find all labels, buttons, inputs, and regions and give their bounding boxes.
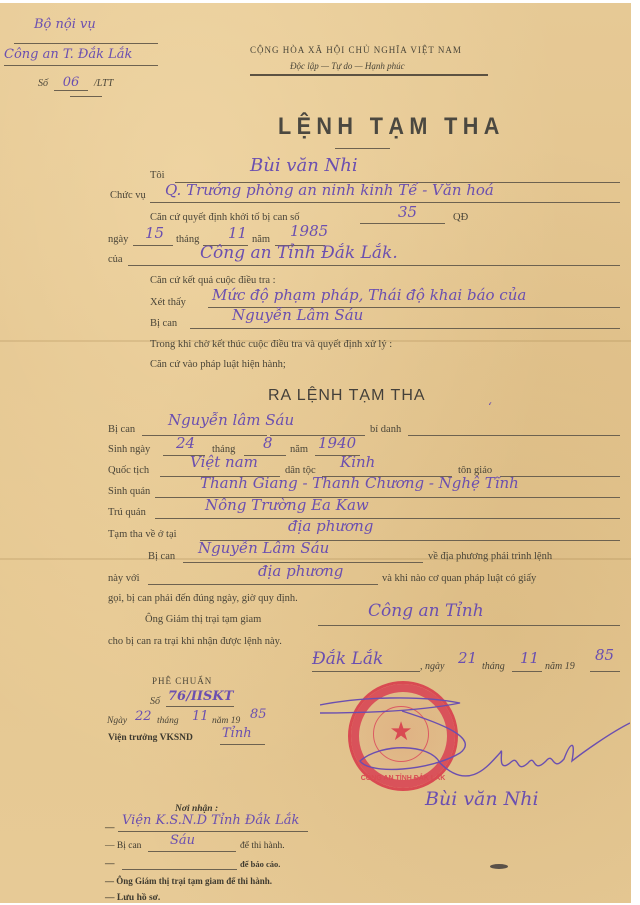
toi-label: Tôi — [150, 170, 165, 181]
recipient-3-suffix: để báo cáo. — [240, 859, 280, 869]
order-bi-can-value: Nguyễn lâm Sáu — [168, 411, 294, 429]
approval-ngay-value: 22 — [135, 709, 152, 724]
date-thang-value: 11 — [520, 649, 539, 667]
bi-danh-label: bí danh — [370, 424, 401, 435]
tam-tha-label: Tạm tha về ở tại — [108, 529, 177, 540]
issuer-number: Số 06 /LTT — [38, 73, 113, 91]
approval-so-label: Số — [150, 696, 160, 707]
title-rule — [335, 148, 390, 149]
can-cu-qd-label: Căn cứ quyết định khởi tố bị can số — [150, 212, 299, 223]
sinh-thang-value: 8 — [263, 434, 273, 452]
rule — [155, 518, 620, 519]
date-nam-value: 85 — [595, 646, 614, 664]
approval-nam-value: 85 — [250, 707, 267, 722]
recipient-2-prefix: — Bị can — [105, 841, 141, 851]
xet-thay-value: Mức độ phạm pháp, Thái độ khai báo của — [212, 286, 526, 304]
rule — [142, 435, 267, 436]
xet-thay-label: Xét thấy — [150, 297, 186, 308]
bi-can-value: Nguyễn Lâm Sáu — [232, 306, 363, 324]
recipient-5-prefix: — Lưu hồ sơ. — [105, 893, 160, 903]
rule — [4, 65, 158, 66]
document-title: LỆNH TẠM THA — [278, 113, 505, 141]
recipient-2-value: Sáu — [170, 833, 195, 848]
giam-thi-label: Ông Giám thị trại tạm giam — [145, 614, 261, 625]
cua-label: của — [108, 254, 123, 265]
ngay-value: 15 — [145, 224, 164, 242]
nam-value: 1985 — [290, 222, 328, 240]
place-value: Đắk Lắk — [312, 649, 383, 669]
approval-heading: PHÊ CHUẨN — [152, 676, 212, 686]
national-motto: Độc lập — Tự do — Hạnh phúc — [290, 61, 405, 71]
goi-text: gọi, bị can phải đến đúng ngày, giờ quy … — [108, 593, 298, 604]
ink-smudge — [490, 864, 508, 869]
bi-can2-value: Nguyễn Lâm Sáu — [198, 539, 329, 557]
sinh-quan-label: Sinh quán — [108, 486, 150, 497]
nay-voi-value: địa phương — [258, 562, 343, 580]
date-ngay-label: , ngày — [420, 661, 444, 672]
rule — [590, 671, 620, 672]
thang-label: tháng — [176, 234, 199, 245]
rule — [360, 223, 445, 224]
recipient-4-prefix: — Ông Giám thị trại tạm giam để thi hành… — [105, 876, 272, 886]
ink-mark: ʻ — [488, 400, 492, 414]
ket-qua-label: Căn cứ kết quả cuộc điều tra : — [150, 275, 276, 286]
date-ngay-value: 21 — [458, 649, 477, 667]
sinh-ngay-label: Sinh ngày — [108, 444, 150, 455]
toi-value: Bùi văn Nhi — [250, 155, 358, 176]
giam-thi-value: Công an Tỉnh — [368, 601, 484, 621]
qd-suffix: QĐ — [453, 212, 468, 223]
chuc-vu-value: Q. Trưởng phòng an ninh kinh Tế - Văn ho… — [165, 181, 494, 199]
issuer-department: Công an T. Đắk Lắk — [4, 47, 132, 62]
header-rule — [250, 74, 488, 76]
date-nam-label: năm 19 — [545, 661, 575, 672]
approval-ngay-label: Ngày — [107, 716, 127, 726]
rule — [148, 584, 378, 585]
quoc-tich-label: Quốc tịch — [108, 465, 149, 476]
approval-nam-label: năm 19 — [212, 716, 240, 726]
quoc-tich-value: Việt nam — [190, 453, 258, 471]
bi-can-label: Bị can — [150, 318, 177, 329]
rule — [150, 202, 620, 203]
recipient-1-value: Viện K.S.N.D Tỉnh Đắk Lắk — [122, 813, 299, 828]
rule — [128, 265, 620, 266]
rule — [318, 625, 620, 626]
vien-truong-value: Tỉnh — [222, 726, 252, 741]
sinh-nam-label: năm — [290, 444, 308, 455]
tru-quan-label: Trú quán — [108, 507, 146, 518]
rule — [220, 744, 265, 745]
rule — [408, 435, 620, 436]
number-suffix: /LTT — [94, 78, 113, 89]
number-value: 06 — [54, 75, 88, 91]
recipient-2-suffix: để thi hành. — [240, 841, 285, 851]
rule — [133, 245, 173, 246]
order-bi-can-label: Bị can — [108, 424, 135, 435]
order-heading: RA LỆNH TẠM THA — [268, 387, 426, 405]
rule — [122, 869, 237, 870]
vien-truong-label: Viện trưởng VKSND — [108, 733, 193, 743]
khi-nao-text: và khi nào cơ quan pháp luật có giấy — [382, 573, 536, 584]
document-page: Bộ nội vụ Công an T. Đắk Lắk Số 06 /LTT … — [0, 3, 631, 903]
number-label: Số — [38, 78, 48, 89]
signature-scribble-icon — [320, 683, 630, 793]
recipient-3-prefix: — — [105, 859, 115, 869]
sinh-nam-value: 1940 — [318, 434, 356, 452]
date-thang-label: tháng — [482, 661, 505, 672]
approval-so-value: 76/IISKT — [168, 689, 233, 704]
issuer-ministry: Bộ nội vụ — [34, 17, 96, 32]
rule — [70, 96, 102, 97]
approval-thang-label: tháng — [157, 716, 179, 726]
ngay-label: ngày — [108, 234, 128, 245]
rule — [312, 671, 420, 672]
bi-can2-label: Bị can — [148, 551, 175, 562]
rule — [512, 671, 542, 672]
rule — [14, 43, 158, 44]
tru-quan-value: Nông Trường Ea Kaw — [205, 496, 369, 514]
sinh-quan-value: Thanh Giang - Thanh Chương - Nghệ Tĩnh — [200, 474, 519, 492]
signatory-name: Bùi văn Nhi — [425, 788, 539, 810]
nay-voi-label: này với — [108, 573, 140, 584]
dan-toc-value: Kinh — [340, 453, 375, 471]
approval-thang-value: 11 — [192, 709, 209, 724]
trinh-lenh-text: về địa phương phải trình lệnh — [428, 551, 552, 562]
sinh-ngay-value: 24 — [176, 434, 195, 452]
cua-value: Công an Tỉnh Đắk Lắk. — [200, 243, 398, 263]
rule — [190, 328, 620, 329]
cho-bi-can-text: cho bị can ra trại khi nhận được lệnh nà… — [108, 636, 282, 647]
tam-tha-value: địa phương — [288, 517, 373, 535]
rule — [166, 706, 234, 707]
country-name: CỘNG HÒA XÃ HỘI CHỦ NGHĨA VIỆT NAM — [250, 45, 462, 55]
can-cu-phap-luat-text: Căn cứ vào pháp luật hiện hành; — [150, 359, 286, 370]
recipient-1-prefix: — — [105, 823, 115, 833]
rule — [118, 831, 308, 832]
can-cu-qd-value: 35 — [398, 203, 417, 221]
trong-khi-text: Trong khi chờ kết thúc cuộc điều tra và … — [150, 339, 392, 350]
thang-value: 11 — [228, 224, 247, 242]
chuc-vu-label: Chức vụ — [110, 190, 146, 201]
rule — [148, 851, 236, 852]
